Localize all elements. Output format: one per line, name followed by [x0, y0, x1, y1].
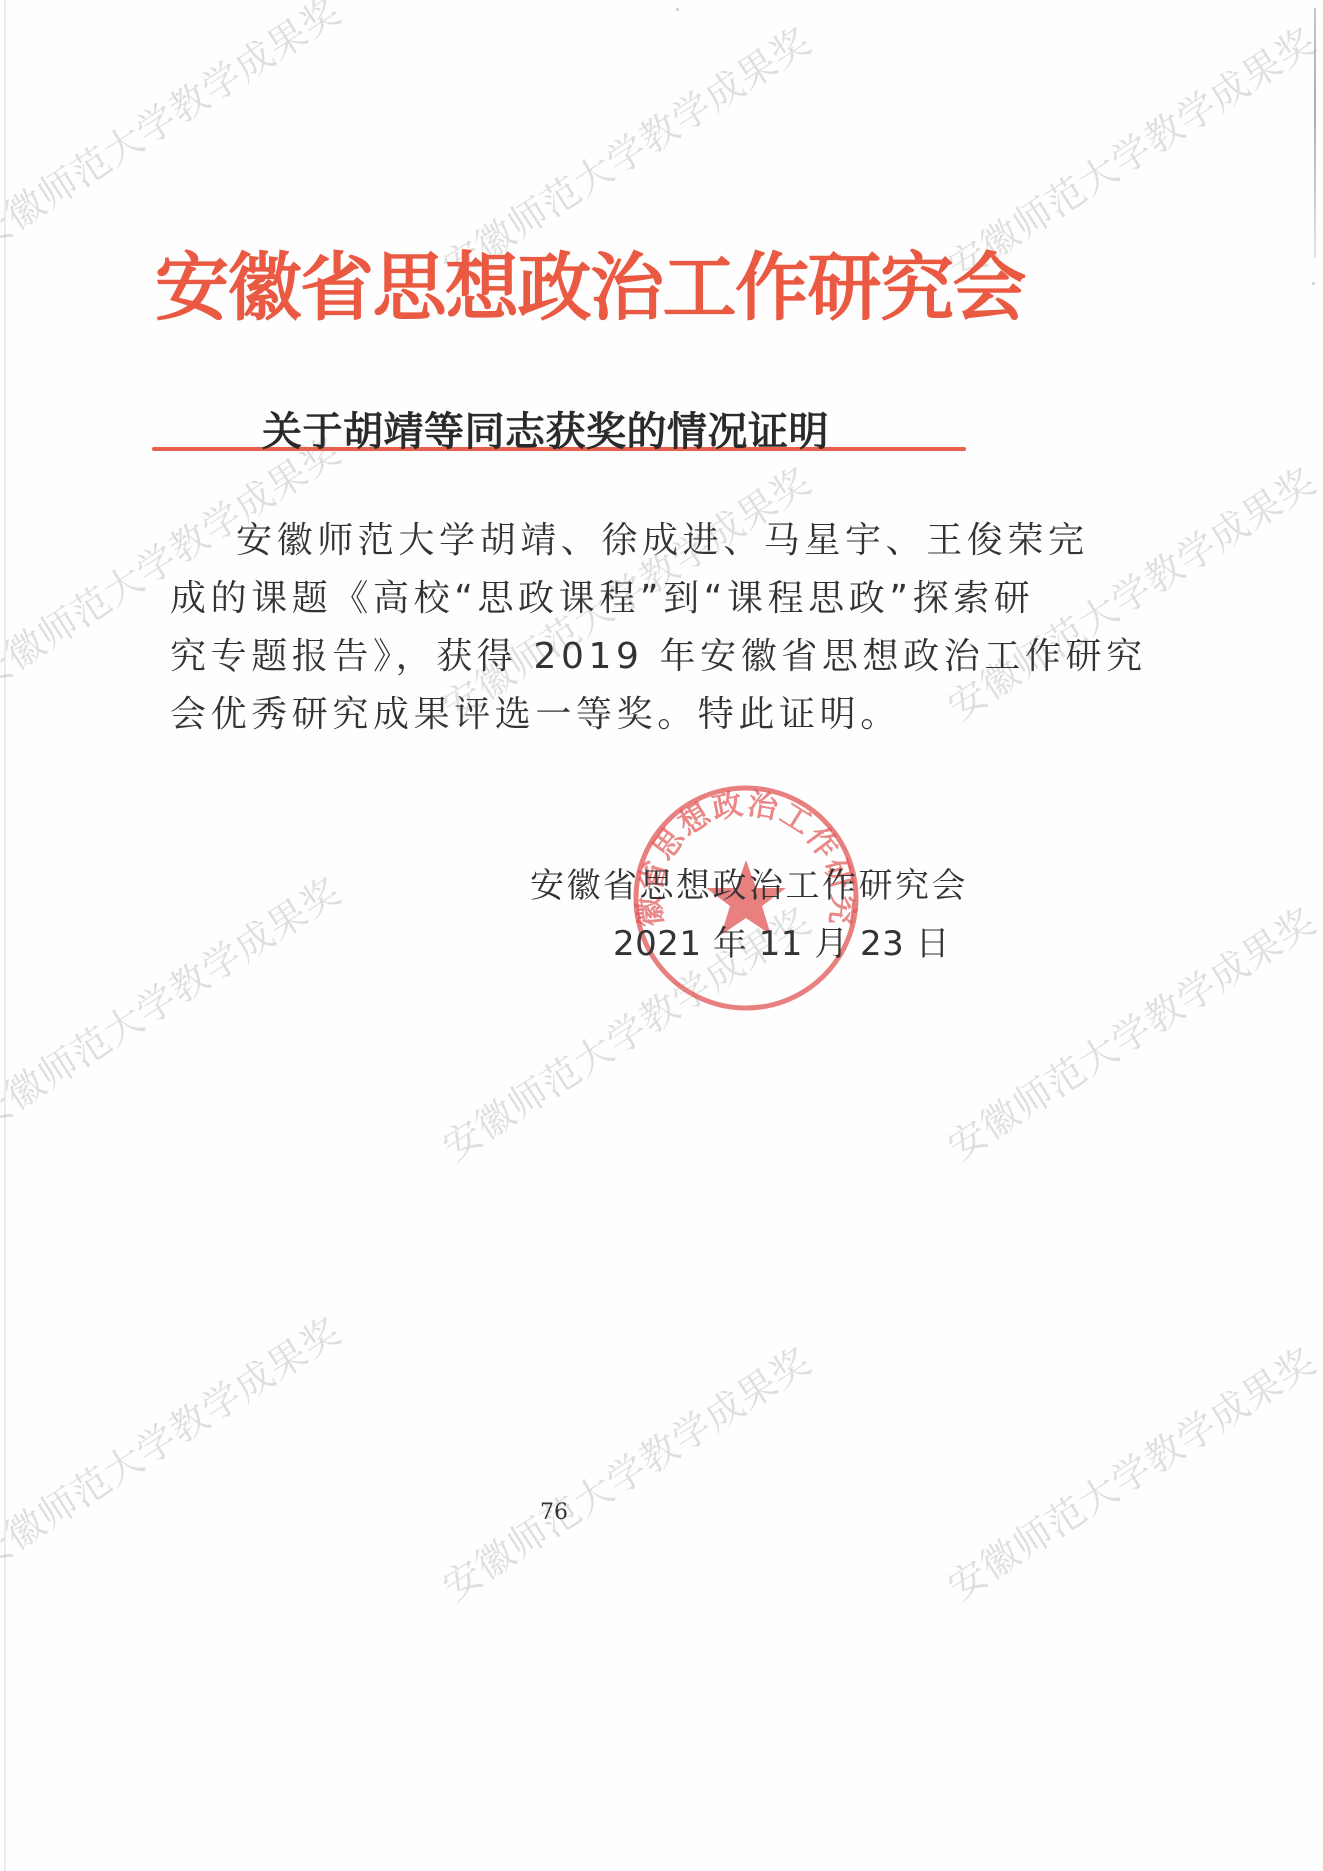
certificate-body: 安徽师范大学胡靖、徐成进、马星宇、王俊荣完 成的课题《高校“思政课程”到“课程思… [170, 512, 940, 744]
signature-organization: 安徽省思想政治工作研究会 [530, 858, 968, 914]
document-title: 关于胡靖等同志获奖的情况证明 [262, 404, 862, 460]
scan-dot [676, 8, 679, 11]
body-line: 成的课题《高校“思政课程”到“课程思政”探索研 [170, 570, 940, 628]
watermark: 安徽师范大学教学成果奖 [935, 891, 1323, 1171]
scan-line-right [1314, 8, 1316, 258]
scan-dot [1312, 282, 1315, 285]
watermark: 安徽师范大学教学成果奖 [430, 1331, 820, 1611]
watermark: 安徽师范大学教学成果奖 [935, 1331, 1323, 1611]
page-number: 76 [538, 1500, 570, 1525]
watermark: 安徽师范大学教学成果奖 [0, 0, 350, 261]
body-line: 究专题报告》，获得 2019 年安徽省思想政治工作研究 [170, 628, 940, 686]
watermark: 安徽师范大学教学成果奖 [0, 1301, 350, 1581]
watermark: 安徽师范大学教学成果奖 [0, 861, 350, 1141]
signature-date: 2021 年 11 月 23 日 [613, 916, 950, 972]
document-page: 安徽师范大学教学成果奖 安徽师范大学教学成果奖 安徽师范大学教学成果奖 安徽师范… [0, 0, 1323, 1871]
body-line: 会优秀研究成果评选一等奖。特此证明。 [170, 686, 940, 744]
organization-letterhead: 安徽省思想政治工作研究会 [155, 238, 965, 338]
scan-edge-left [4, 0, 6, 1871]
body-line: 安徽师范大学胡靖、徐成进、马星宇、王俊荣完 [170, 512, 940, 570]
